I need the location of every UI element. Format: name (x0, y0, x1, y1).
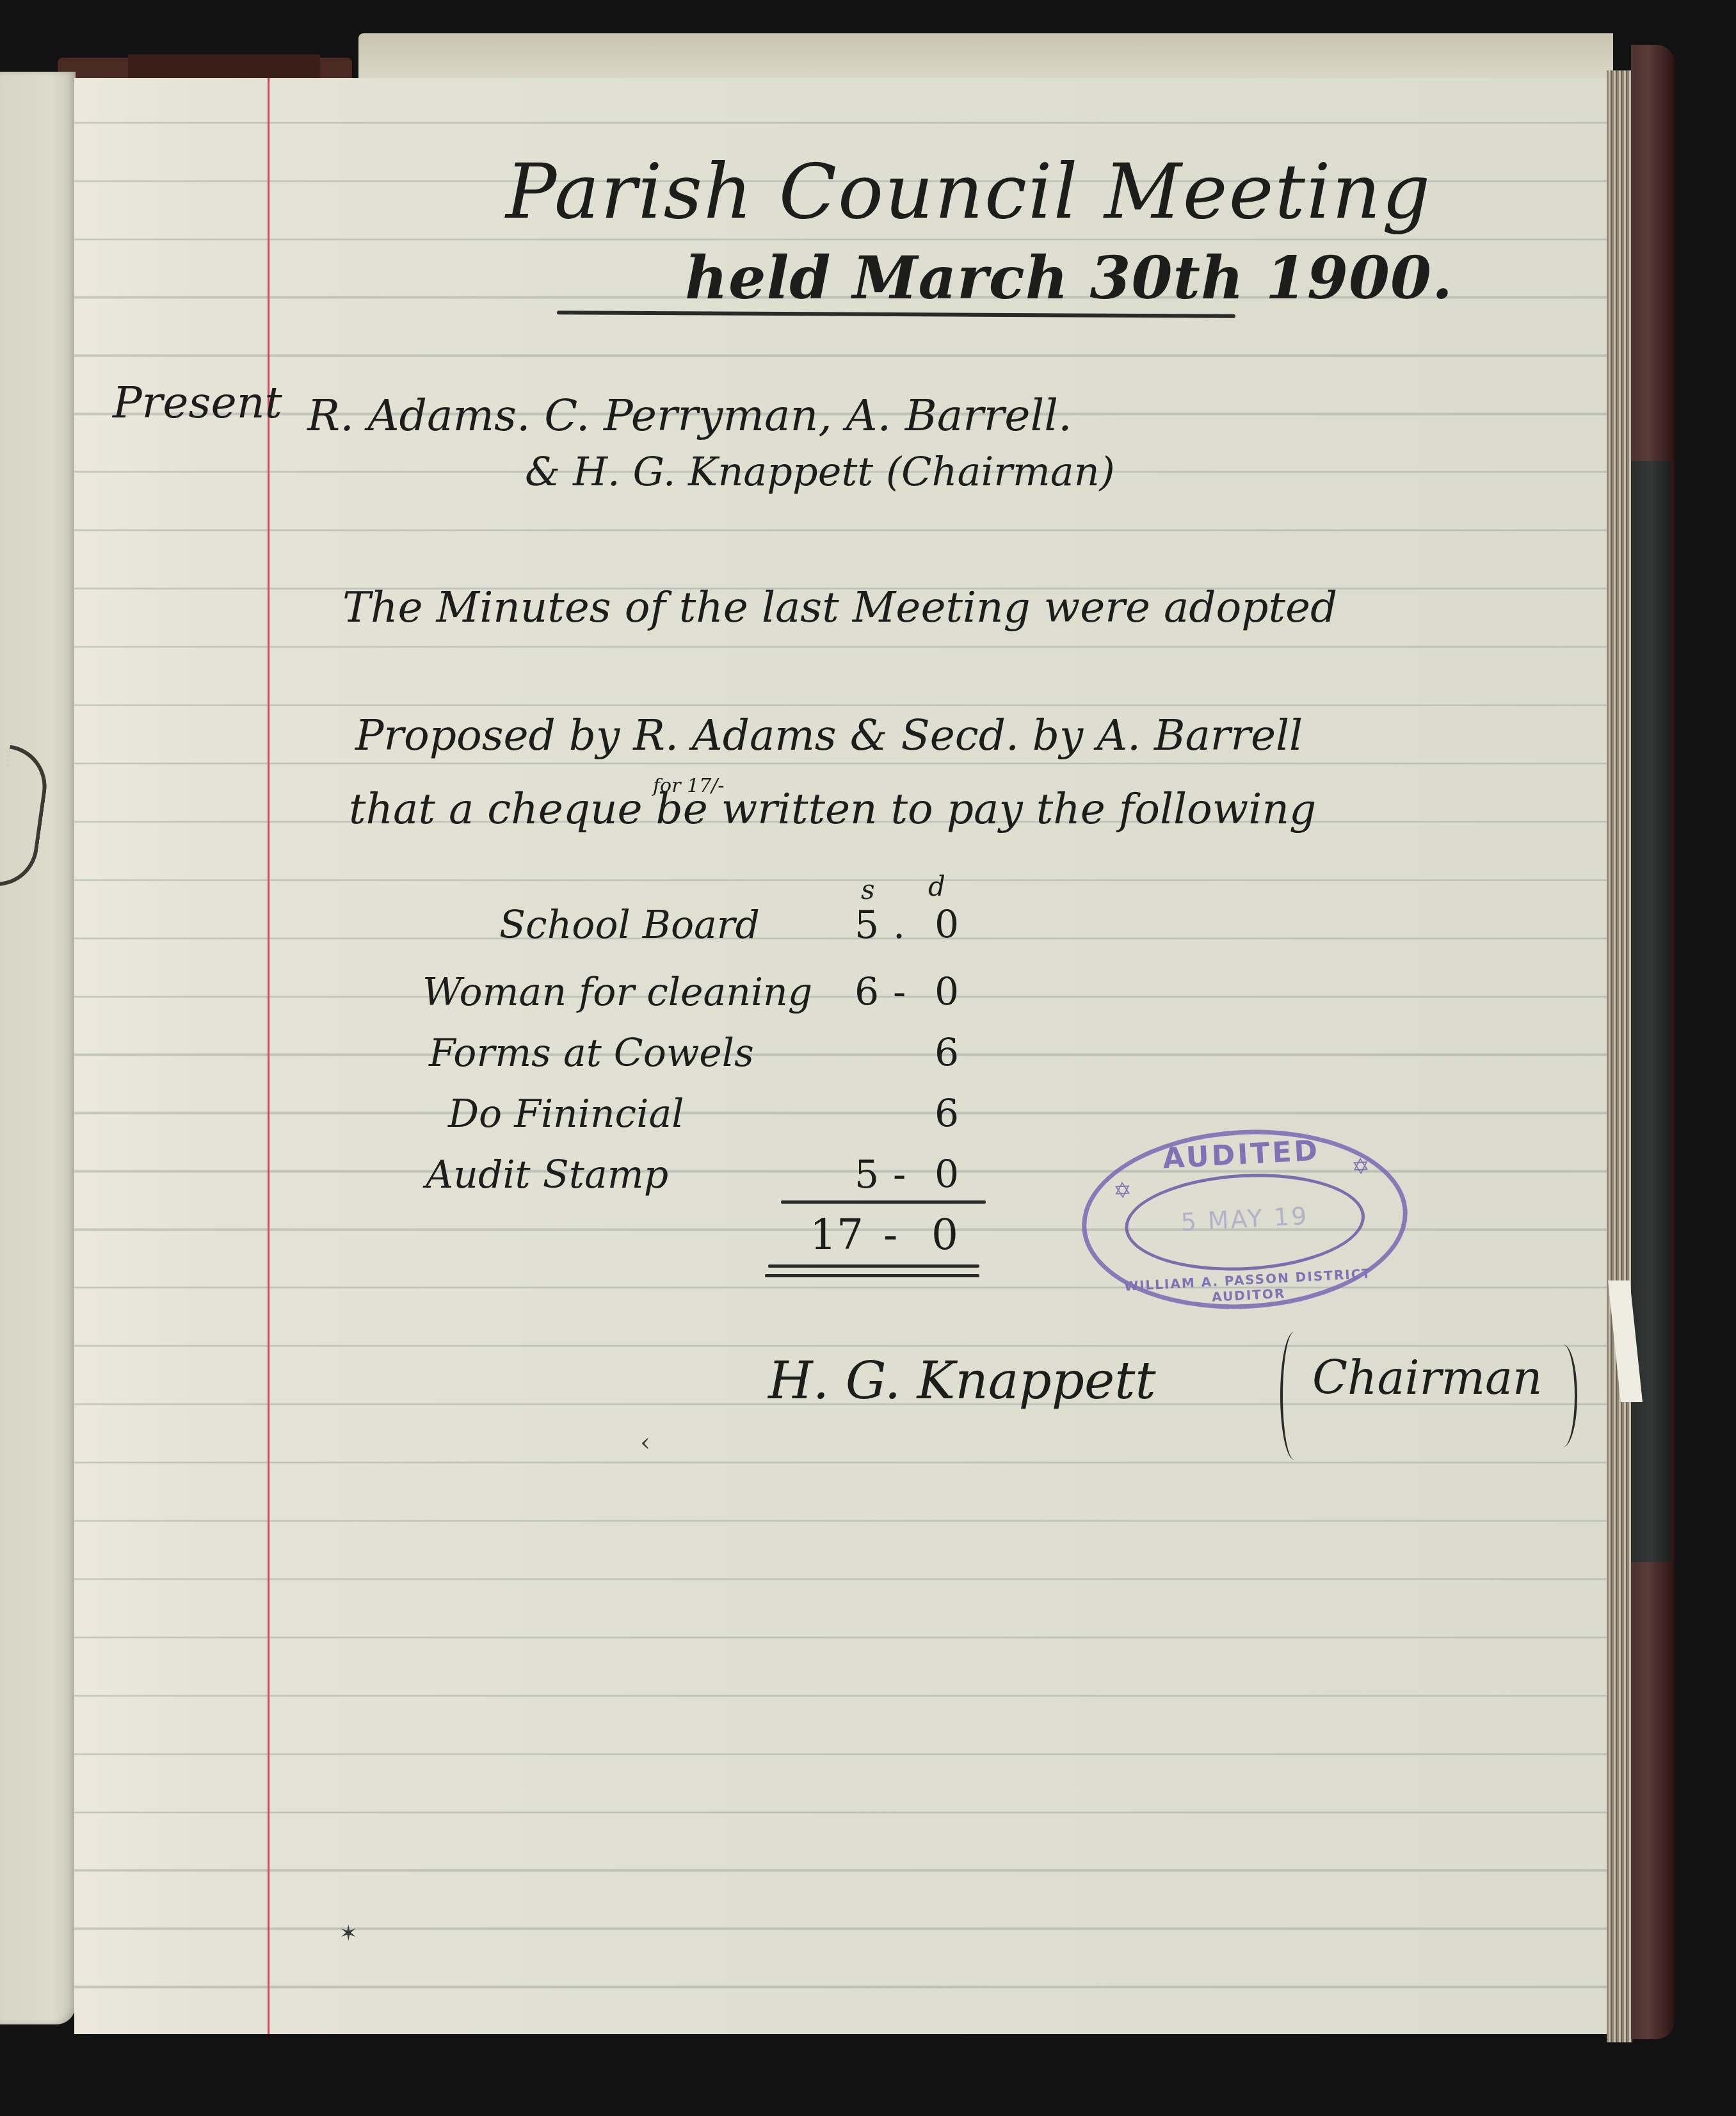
account-pence: 6 (935, 1092, 959, 1136)
resolution-proposed: Proposed by R. Adams & Secd. by A. Barre… (355, 711, 1303, 760)
star-icon: ✡ (1113, 1177, 1132, 1204)
pence-column-header: d (928, 871, 945, 902)
account-item: Audit Stamp (426, 1152, 668, 1197)
chairman-signature: H. G. Knappett (768, 1351, 1156, 1410)
signature-open-paren (1280, 1332, 1308, 1460)
account-pence: 0 (935, 1152, 959, 1197)
signature-close-paren (1549, 1345, 1577, 1447)
present-label: Present (113, 378, 282, 428)
total-double-underline-1 (768, 1264, 979, 1268)
account-pence: 6 (935, 1031, 959, 1076)
back-leaf-edge (358, 33, 1613, 81)
meeting-title: Parish Council Meeting (506, 147, 1431, 236)
account-separator: - (893, 1152, 906, 1197)
account-pence: 0 (935, 903, 959, 948)
total-double-underline-2 (765, 1274, 979, 1277)
shillings-column-header: s (861, 874, 875, 905)
meeting-date: held March 30th 1900. (685, 243, 1453, 312)
account-pence: 0 (935, 970, 959, 1015)
account-shillings: 5 (855, 1152, 879, 1197)
minutes-adopted-statement: The Minutes of the last Meeting were ado… (342, 583, 1337, 632)
total-shillings: 17 (810, 1210, 864, 1259)
book-cover-top-fray (128, 54, 320, 81)
account-separator: . (893, 903, 905, 948)
star-icon: ✡ (1351, 1154, 1370, 1180)
page-block-edge (1607, 70, 1632, 2042)
account-item: Do Finincial (448, 1092, 684, 1136)
stray-pen-mark: ‹ (640, 1428, 650, 1457)
attendees-line-2: & H. G. Knappett (Chairman) (525, 448, 1115, 495)
signature-role: Chairman (1312, 1351, 1542, 1405)
ink-blot: ✶ (339, 1921, 358, 1946)
resolution-cheque: that a cheque be written to pay the foll… (349, 784, 1316, 834)
attendees-line-1: R. Adams. C. Perryman, A. Barrell. (307, 391, 1072, 441)
total-separator: - (883, 1210, 897, 1259)
total-pence: 0 (931, 1210, 958, 1259)
account-shillings: 6 (855, 970, 879, 1015)
left-page-ink-curve (0, 745, 52, 891)
account-item: Forms at Cowels (429, 1031, 754, 1076)
ruled-lines (74, 78, 1607, 2034)
account-item: Woman for cleaning (422, 970, 812, 1015)
left-facing-page (0, 72, 76, 2024)
audited-stamp: AUDITED ✡ ✡ 5 MAY 19 WILLIAM A. PASSON D… (1077, 1122, 1412, 1317)
minute-book-page (74, 78, 1607, 2034)
account-separator: - (893, 970, 906, 1015)
sum-rule (781, 1200, 986, 1204)
red-margin-rule (268, 78, 269, 2034)
account-item: School Board (499, 903, 760, 948)
account-shillings: 5 (855, 903, 879, 948)
